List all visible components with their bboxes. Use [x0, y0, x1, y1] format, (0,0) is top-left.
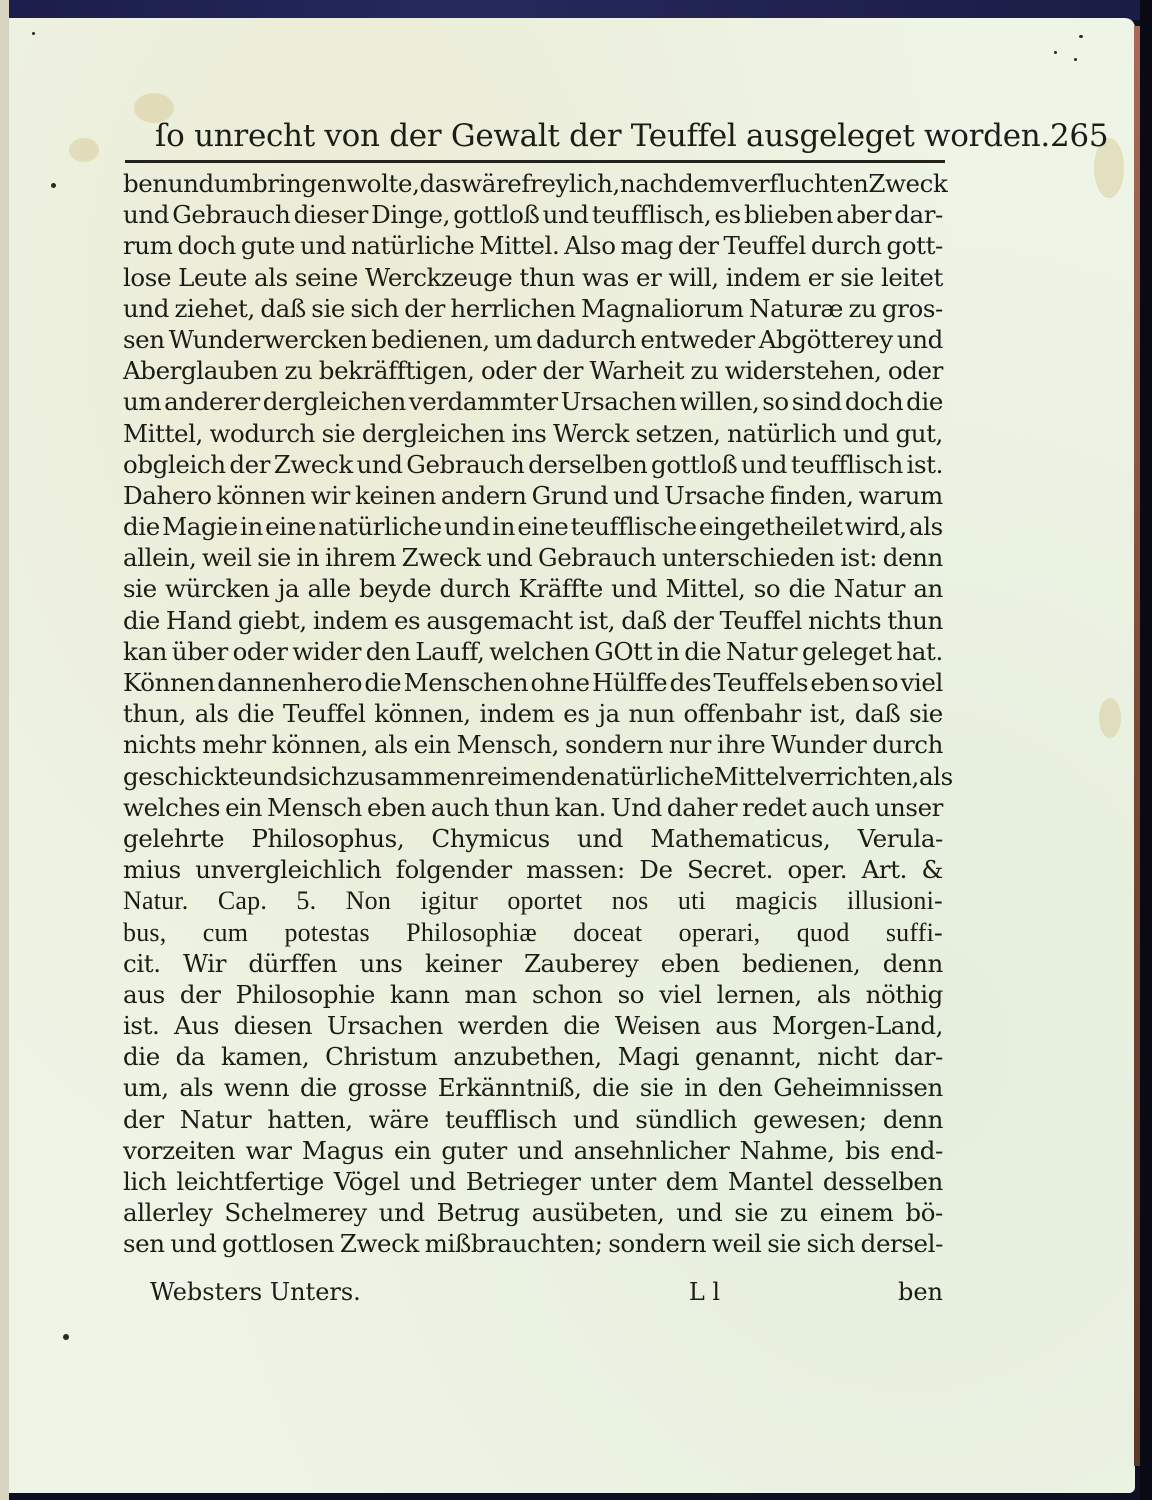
word: sie [840, 262, 874, 293]
word: nun [629, 698, 675, 729]
text-line: dieHandgiebt,indemesausgemachtist,daßder… [123, 605, 943, 636]
word: ist. [907, 449, 943, 480]
word: und [741, 449, 787, 480]
word: zusammen [346, 761, 475, 792]
word: nur [669, 729, 711, 760]
word: Magi [618, 1041, 680, 1072]
word: oper. [787, 854, 847, 885]
text-line: vorzeitenwarMaguseinguterundansehnlicher… [123, 1135, 943, 1166]
word: alle [308, 573, 351, 604]
word: sie [640, 1072, 674, 1103]
ink-speck [32, 32, 35, 35]
word: Warheit [590, 355, 685, 386]
word: in [492, 511, 515, 542]
word: wider [292, 636, 361, 667]
word: in [684, 1072, 707, 1103]
word: doch [178, 230, 236, 261]
word: sind [792, 386, 842, 417]
word: eine [265, 511, 316, 542]
word: reimende [476, 761, 591, 792]
word: Wunder [771, 729, 866, 760]
word: die [123, 605, 160, 636]
word: dem [666, 1166, 718, 1197]
word: unser [875, 792, 943, 823]
word: an [913, 573, 943, 604]
word: mag [621, 230, 673, 261]
word: als [254, 262, 288, 293]
text-line: diedakamen,Christumanzubethen,Magigenann… [123, 1041, 943, 1072]
word: Betrug [437, 1197, 520, 1228]
word: dannenhero [217, 667, 362, 698]
word: GOtt [594, 636, 652, 667]
word: gottloß [453, 199, 539, 230]
word: dürffen [248, 948, 337, 979]
word: ist, [810, 698, 846, 729]
word: aus [123, 979, 165, 1010]
word: indem [313, 605, 388, 636]
text-line: miusunvergleichlichfolgendermassen:DeSec… [123, 854, 943, 885]
word: sen [123, 1228, 165, 1259]
word: dar- [894, 1041, 943, 1072]
word: ausübeten, [532, 1197, 665, 1228]
word: dadurch [536, 324, 636, 355]
word: und [543, 199, 589, 230]
word: Magie [162, 511, 238, 542]
word: sondern [565, 729, 663, 760]
word: als [919, 761, 953, 792]
word: natürliche [590, 761, 713, 792]
word: cit. [123, 948, 161, 979]
word: des [670, 667, 712, 698]
word: nach [620, 168, 678, 199]
word: daß [260, 293, 305, 324]
word: Teuffel [724, 230, 806, 261]
word: nichts [808, 605, 881, 636]
word: keiner [425, 948, 502, 979]
word: sen [123, 324, 165, 355]
word: es [394, 605, 420, 636]
word: zu [849, 293, 877, 324]
word: ist. [123, 1010, 159, 1041]
word: dieser [294, 199, 368, 230]
word: gewesen; [753, 1104, 867, 1135]
word: doch [845, 386, 903, 417]
word: denn [883, 948, 943, 979]
word: die [237, 698, 274, 729]
word: Natur [834, 573, 905, 604]
word: sie [311, 293, 345, 324]
word: unvergleichlich [195, 854, 381, 885]
text-line: Natur.Cap.5.Nonigituroportetnosutimagici… [123, 885, 943, 916]
word: auch [431, 792, 489, 823]
word: und [577, 823, 623, 854]
word: es [563, 698, 589, 729]
word: würcken [165, 573, 270, 604]
word: Wir [183, 948, 226, 979]
word: durch [440, 573, 511, 604]
page-footer: Websters Unters. L l ben [150, 1278, 943, 1306]
running-head-title: ſo unrecht von der Gewalt der Teuffel au… [155, 118, 1050, 154]
word: Menschen [404, 667, 529, 698]
word: Können [123, 667, 215, 698]
word: Teuffel [283, 698, 365, 729]
word: die [123, 511, 160, 542]
text-line: senundgottlosenZweckmißbrauchten;sondern… [123, 1228, 943, 1259]
word: Chymicus [431, 823, 549, 854]
word: welchen [489, 636, 589, 667]
word: bus, [123, 917, 166, 948]
word: Dinge, [371, 199, 450, 230]
word: Hülffe [592, 667, 667, 698]
word: Art. [862, 854, 907, 885]
word: gros- [882, 293, 943, 324]
text-line: rumdochguteundnatürlicheMittel.Alsomagde… [123, 230, 943, 261]
word: eben [661, 948, 720, 979]
word: die [300, 1072, 337, 1103]
word: nos [612, 885, 649, 916]
word: mehr [202, 729, 266, 760]
signature-mark: L l [689, 1278, 720, 1306]
word: Zauberey [524, 948, 638, 979]
word: umbringen [214, 168, 346, 199]
word: und [676, 1197, 722, 1228]
word: Morgen-Land, [772, 1010, 943, 1041]
word: wäre [461, 168, 521, 199]
word: sie [767, 1228, 801, 1259]
word: Mittel, [665, 573, 745, 604]
word: warum [859, 480, 943, 511]
word: uns [360, 948, 403, 979]
page-number: 265 [1050, 118, 1108, 154]
text-line: gelehrtePhilosophus,ChymicusundMathemati… [123, 823, 943, 854]
word: durch [872, 729, 943, 760]
word: quod [797, 917, 850, 948]
word: herrlichen [450, 293, 575, 324]
word: die [789, 573, 826, 604]
word: dem [678, 168, 730, 199]
word: und [410, 1166, 456, 1197]
word: massen: [526, 854, 625, 885]
word: Magus [302, 1135, 384, 1166]
word: thun, [123, 698, 186, 729]
word: Mittel, [123, 418, 203, 449]
word: setzen, [635, 418, 720, 449]
word: teufflisch [791, 449, 903, 480]
word: Cap. [218, 885, 267, 916]
word: man [464, 979, 516, 1010]
word: dersel- [861, 1228, 943, 1259]
word: Hand [166, 605, 232, 636]
word: weil [712, 1228, 762, 1259]
word: obgleich [123, 449, 226, 480]
word: Und [611, 792, 662, 823]
word: Philosophus, [251, 823, 404, 854]
word: und [573, 1104, 619, 1135]
word: als [195, 698, 229, 729]
word: Non [346, 885, 391, 916]
word: werden [458, 1010, 549, 1041]
text-line: senWunderwerckenbedienen,umdadurchentwed… [123, 324, 943, 355]
word: hat. [896, 636, 942, 667]
word: natürlich [727, 418, 836, 449]
word: Aus [174, 1010, 219, 1041]
word: entweder [640, 324, 754, 355]
word: Gebrauch [538, 542, 656, 573]
page-fore-edge [1134, 26, 1140, 1466]
word: Gebrauch [172, 199, 290, 230]
word: end- [890, 1135, 943, 1166]
word: Natur. [123, 885, 188, 916]
word: ziehet, [175, 293, 255, 324]
text-line: lichleichtfertigeVögelundBetriegerunterd… [123, 1166, 943, 1197]
signature-title: Websters Unters. [150, 1278, 361, 1306]
word: Zweck [868, 168, 947, 199]
word: ein [414, 729, 451, 760]
word: und [357, 449, 403, 480]
running-header: ſo unrecht von der Gewalt der Teuffel au… [155, 118, 945, 154]
word: leichtfertige [176, 1166, 323, 1197]
word: eingetheilet [699, 511, 843, 542]
word: Philosophie [236, 979, 375, 1010]
word: Weisen [615, 1010, 701, 1041]
word: was [582, 262, 629, 293]
word: widerstehen, [725, 355, 882, 386]
word: Werckzeuge [365, 262, 512, 293]
word: der [542, 355, 583, 386]
word: lernen, [717, 979, 802, 1010]
text-line: nichtsmehrkönnen,alseinMensch,sondernnur… [123, 729, 943, 760]
word: wir [311, 480, 350, 511]
word: magicis [735, 885, 817, 916]
word: Teuffel [720, 605, 802, 636]
word: Mensch, [457, 729, 559, 760]
word: kann [390, 979, 449, 1010]
word: cum [203, 917, 248, 948]
word: indem [726, 262, 801, 293]
word: durch [811, 230, 882, 261]
word: oder [233, 636, 288, 667]
text-line: undziehet,daßsiesichderherrlichenMagnali… [123, 293, 943, 324]
word: unter [590, 1166, 656, 1197]
word: er [636, 262, 661, 293]
word: sie [257, 542, 291, 573]
word: lose [123, 262, 171, 293]
text-line: ist.AusdiesenUrsachenwerdendieWeisenausM… [123, 1010, 943, 1041]
word: und [252, 761, 298, 792]
word: zu [780, 1197, 808, 1228]
word: 5. [296, 885, 316, 916]
word: daß [855, 698, 900, 729]
word: bis [845, 1135, 880, 1166]
word: Mensch [267, 792, 362, 823]
word: der [673, 605, 714, 636]
word: in [240, 511, 263, 542]
word: daher [667, 792, 737, 823]
word: sich [807, 1228, 855, 1259]
word: Schelmerey [224, 1197, 366, 1228]
word: kan [123, 636, 167, 667]
word: Mantel [728, 1166, 813, 1197]
word: ben [123, 168, 168, 199]
word: sie [322, 418, 356, 449]
scan-backdrop-right [1140, 0, 1152, 1500]
word: anzubethen, [453, 1041, 602, 1072]
word: Ursache [664, 480, 765, 511]
word: Natur [180, 1104, 251, 1135]
word: der [180, 979, 221, 1010]
word: Erkänntniß, [438, 1072, 582, 1103]
word: der [123, 1104, 164, 1135]
word: ausgemacht [426, 605, 572, 636]
word: teufflisch, [592, 199, 711, 230]
text-line: undGebrauchdieserDinge,gottloßundteuffli… [123, 199, 943, 230]
text-line: obgleichderZweckundGebrauchderselbengott… [123, 449, 943, 480]
word: die [906, 386, 943, 417]
word: guter [441, 1135, 507, 1166]
word: viel [900, 667, 942, 698]
word: dergleichen [362, 418, 505, 449]
word: bedienen, [742, 948, 860, 979]
ink-speck [63, 1334, 69, 1340]
word: den [718, 1072, 763, 1103]
word: als [374, 729, 408, 760]
word: nicht [817, 1041, 878, 1072]
word: Mathematicus, [650, 823, 830, 854]
word: können, [374, 698, 470, 729]
word: viel [659, 979, 701, 1010]
ink-speck [1074, 58, 1077, 61]
body-text: benundumbringenwolte,daswärefreylich,nac… [123, 168, 943, 1260]
word: die [123, 1041, 160, 1072]
word: sie [734, 1197, 768, 1228]
text-line: geschickteundsichzusammenreimendenatürli… [123, 761, 943, 792]
word: Grund [532, 480, 609, 511]
word: geleget [802, 636, 892, 667]
word: aus [715, 1010, 757, 1041]
word: allerley [123, 1197, 212, 1228]
word: andern [441, 480, 527, 511]
word: will, [668, 262, 718, 293]
word: natürliche [318, 511, 441, 542]
word: zu [284, 355, 312, 386]
text-line: derNaturhatten,wäreteufflischundsündlich… [123, 1104, 943, 1135]
word: gott- [887, 230, 943, 261]
word: Zweck [340, 1228, 419, 1259]
word: so [618, 979, 645, 1010]
word: wäre [369, 1104, 429, 1135]
word: ein [394, 1135, 431, 1166]
word: bekräfftigen, [319, 355, 475, 386]
word: Wunderwercken [169, 324, 367, 355]
word: ihre [717, 729, 765, 760]
word: lich [123, 1166, 167, 1197]
word: um, [123, 1072, 169, 1103]
word: die [364, 667, 401, 698]
word: hatten, [267, 1104, 352, 1135]
word: auch [811, 792, 869, 823]
word: und [300, 230, 346, 261]
word: ja [598, 698, 619, 729]
word: Kräffte [519, 573, 603, 604]
word: als [179, 1072, 213, 1103]
word: ohne [530, 667, 589, 698]
word: & [921, 854, 942, 885]
word: Aberglauben [123, 355, 278, 386]
text-line: bus,cumpotestasPhilosophiædoceatoperari,… [123, 917, 943, 948]
word: denn [883, 542, 943, 573]
word: doceat [573, 917, 642, 948]
word: weil [202, 542, 252, 573]
text-line: allerleySchelmereyundBetrugausübeten,und… [123, 1197, 943, 1228]
word: gelehrte [123, 823, 224, 854]
word: geschickte [123, 761, 252, 792]
word: Vögel [334, 1166, 400, 1197]
word: illusioni- [847, 885, 943, 916]
word: folgender [396, 854, 512, 885]
word: oportet [507, 885, 582, 916]
word: es [714, 199, 740, 230]
word: und [611, 573, 657, 604]
word: zu [690, 355, 718, 386]
word: rum [123, 230, 173, 261]
word: ist, [579, 605, 615, 636]
word: sich [298, 761, 346, 792]
word: der [678, 230, 719, 261]
word: gottloß [651, 449, 737, 480]
text-line: umandererdergleichenverdammterUrsachenwi… [123, 386, 943, 417]
word: daß [621, 605, 666, 636]
word: um [494, 324, 532, 355]
word: und [168, 168, 214, 199]
word: operari, [679, 917, 761, 948]
word: so [872, 667, 899, 698]
word: eben [810, 667, 869, 698]
word: und [170, 1228, 216, 1259]
word: Mittel. [479, 230, 559, 261]
word: gottlosen [222, 1228, 334, 1259]
text-line: Mittel,wodurchsiedergleicheninsWercksetz… [123, 418, 943, 449]
word: vorzeiten [123, 1135, 235, 1166]
word: Zweck [274, 449, 353, 480]
word: Dahero [123, 480, 212, 511]
word: wenn [224, 1072, 289, 1103]
word: bö- [905, 1197, 943, 1228]
word: Christum [325, 1041, 437, 1072]
text-line: Aberglaubenzubekräfftigen,oderderWarheit… [123, 355, 943, 386]
word: Teuffels [713, 667, 808, 698]
word: Secret. [687, 854, 773, 885]
word: dergleichen [263, 386, 406, 417]
scan-backdrop-top [0, 0, 1152, 20]
word: Mittel [714, 761, 787, 792]
word: Ursachen [561, 386, 677, 417]
word: suffi- [886, 917, 943, 948]
word: verdammter [409, 386, 558, 417]
foxing-stain [1099, 698, 1121, 738]
word: und [123, 199, 169, 230]
word: derselben [528, 449, 647, 480]
word: eben [367, 792, 426, 823]
word: verrichten, [786, 761, 919, 792]
word: ihrem [325, 542, 396, 573]
word: grosse [348, 1072, 427, 1103]
word: ist: [840, 542, 877, 573]
word: Lauff, [415, 636, 484, 667]
word: allein, [123, 542, 196, 573]
text-line: loseLeutealsseineWerckzeugethunwaserwill… [123, 262, 943, 293]
word: Werck [553, 418, 629, 449]
word: um [123, 386, 161, 417]
